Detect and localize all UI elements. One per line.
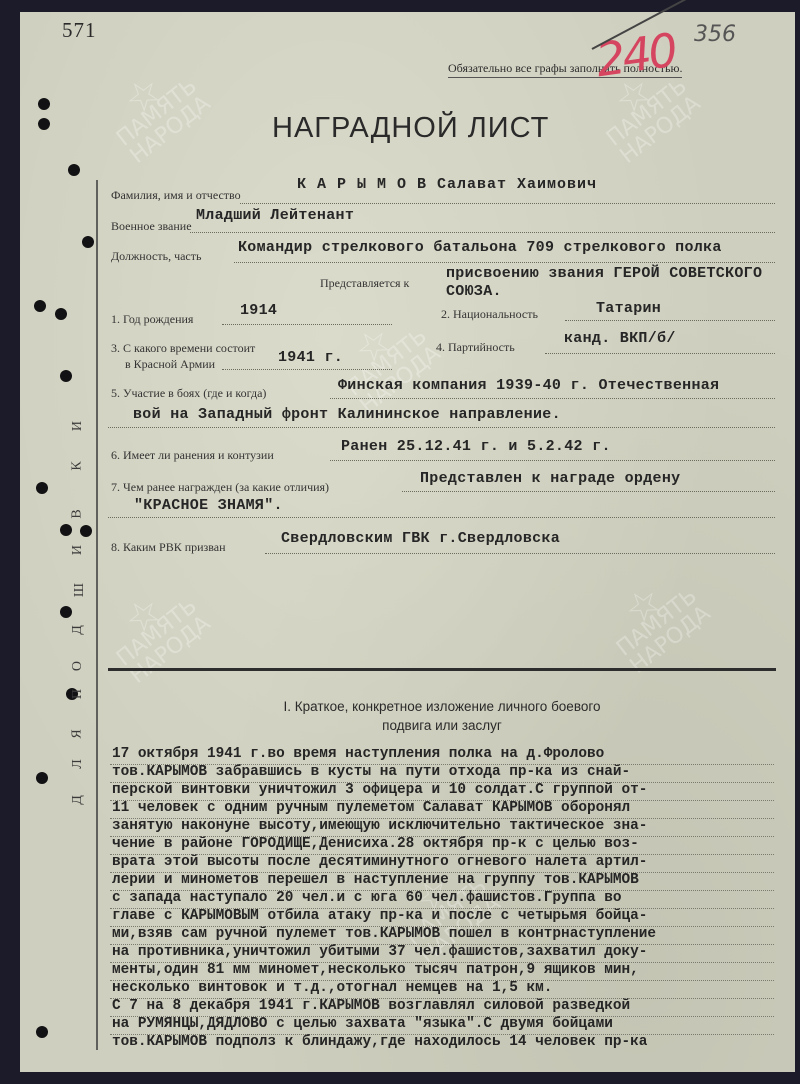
- margin-letter: П: [70, 689, 86, 699]
- position-value: Командир стрелкового батальона 709 стрел…: [238, 239, 722, 256]
- margin-letter: Л: [70, 759, 86, 769]
- field-line: [265, 553, 775, 554]
- narrative-line: на противника,уничтожил убитыми 37 чел.ф…: [112, 944, 782, 960]
- binding-hole: [55, 308, 67, 320]
- party-label: 4. Партийность: [436, 340, 515, 355]
- margin-letter: К: [70, 461, 86, 470]
- field-line: [240, 203, 775, 204]
- binding-hole: [34, 300, 46, 312]
- service-since-label: 3. С какого времени состоит: [111, 341, 255, 356]
- nationality-value: Татарин: [596, 300, 661, 317]
- battles-value-cont: вой на Западный фронт Калининское направ…: [133, 406, 561, 423]
- section-subtitle: подвига или заслуг: [108, 718, 776, 733]
- wounds-value: Ранен 25.12.41 г. и 5.2.42 г.: [341, 438, 611, 455]
- nationality-label: 2. Национальность: [441, 307, 538, 322]
- document-title: НАГРАДНОЙ ЛИСТ: [272, 112, 549, 145]
- prior-awards-value: Представлен к награде ордену: [420, 470, 680, 487]
- nominated-label: Представляется к: [320, 276, 409, 291]
- draft-office-label: 8. Каким РВК призван: [111, 540, 226, 555]
- narrative-line: 17 октября 1941 г.во время наступления п…: [112, 746, 782, 762]
- binding-hole: [60, 524, 72, 536]
- narrative-line: с запада наступало 20 чел.и с юга 60 чел…: [112, 890, 782, 906]
- field-line: [108, 427, 775, 428]
- battles-label: 5. Участие в боях (где и когда): [111, 386, 266, 401]
- rank-value: Младший Лейтенант: [196, 207, 354, 224]
- margin-letter: Д: [70, 625, 86, 635]
- narrative-line: врата этой высоты после десятиминутного …: [112, 854, 782, 870]
- narrative-line: лерии и минометов перешел в наступление …: [112, 872, 782, 888]
- field-line: [234, 262, 775, 263]
- field-line: [108, 517, 775, 518]
- narrative-line: несколько винтовок и т.д.,отогнал немцев…: [112, 980, 782, 996]
- margin-letter: Ш: [72, 583, 88, 597]
- rank-label: Военное звание: [111, 219, 192, 234]
- narrative-line: на РУМЯНЦЫ,ДЯДЛОВО с целью захвата "язык…: [112, 1016, 782, 1032]
- margin-letter: Я: [70, 729, 86, 738]
- narrative-line: главе с КАРЫМОВЫМ отбила атаку пр-ка и п…: [112, 908, 782, 924]
- full-name-label: Фамилия, имя и отчество: [111, 188, 241, 203]
- margin-letter: О: [70, 661, 86, 671]
- narrative-line: тов.КАРЫМОВ забравшись в кусты на пути о…: [112, 764, 782, 780]
- field-line: [330, 460, 775, 461]
- nominated-value-cont: СОЮЗА.: [446, 283, 502, 300]
- birth-year-value: 1914: [240, 302, 277, 319]
- field-line: [190, 232, 775, 233]
- service-since-label-cont: в Красной Армии: [125, 357, 215, 372]
- field-line: [402, 491, 775, 492]
- party-value: канд. ВКП/б/: [564, 330, 676, 347]
- prior-awards-value-cont: "КРАСНОЕ ЗНАМЯ".: [134, 497, 283, 514]
- narrative-line: менты,один 81 мм миномет,несколько тысяч…: [112, 962, 782, 978]
- margin-rule: [96, 180, 98, 1050]
- binding-margin-label: Д Л Я П О Д Ш И В К И: [73, 360, 93, 800]
- prior-awards-label: 7. Чем ранее награжден (за какие отличия…: [111, 480, 329, 495]
- narrative-line: чение в районе ГОРОДИЩЕ,Денисиха.28 октя…: [112, 836, 782, 852]
- narrative-line: перской винтовки уничтожил 3 офицера и 1…: [112, 782, 782, 798]
- field-line: [222, 324, 392, 325]
- binding-hole: [38, 98, 50, 110]
- narrative-line: занятую наконуне высоту,имеющую исключит…: [112, 818, 782, 834]
- margin-letter: В: [70, 509, 86, 518]
- binding-hole: [60, 370, 72, 382]
- margin-letter: И: [70, 421, 86, 431]
- binding-hole: [60, 606, 72, 618]
- narrative-line: тов.КАРЫМОВ подполз к блиндажу,где наход…: [112, 1034, 782, 1050]
- binding-hole: [36, 482, 48, 494]
- red-pencil-number: 240: [593, 23, 679, 87]
- margin-letter: И: [70, 545, 86, 555]
- handwritten-number: 356: [694, 22, 736, 47]
- narrative-line: ми,взяв сам ручной пулемет тов.КАРЫМОВ п…: [112, 926, 782, 942]
- field-line: [330, 398, 775, 399]
- section-title: I. Краткое, конкретное изложение личного…: [108, 699, 776, 714]
- binding-hole: [38, 118, 50, 130]
- full-name-value: К А Р Ы М О В Салават Хаимович: [297, 176, 597, 193]
- margin-letter: Д: [70, 795, 86, 805]
- wounds-label: 6. Имеет ли ранения и контузии: [111, 448, 274, 463]
- binding-hole: [36, 1026, 48, 1038]
- field-line: [565, 320, 775, 321]
- binding-hole: [82, 236, 94, 248]
- archive-page-number: 571: [62, 18, 97, 43]
- binding-hole: [36, 772, 48, 784]
- narrative-line: С 7 на 8 декабря 1941 г.КАРЫМОВ возглавл…: [112, 998, 782, 1014]
- binding-hole: [68, 164, 80, 176]
- position-label: Должность, часть: [111, 249, 201, 264]
- nominated-value: присвоению звания ГЕРОЙ СОВЕТСКОГО: [446, 265, 762, 282]
- birth-year-label: 1. Год рождения: [111, 312, 193, 327]
- field-line: [222, 369, 392, 370]
- battles-value: Финская компания 1939-40 г. Отечественна…: [338, 377, 719, 394]
- service-since-value: 1941 г.: [278, 349, 343, 366]
- field-line: [545, 353, 775, 354]
- draft-office-value: Свердловским ГВК г.Свердловска: [281, 530, 560, 547]
- section-divider: [108, 668, 776, 671]
- narrative-line: 11 человек с одним ручным пулеметом Сала…: [112, 800, 782, 816]
